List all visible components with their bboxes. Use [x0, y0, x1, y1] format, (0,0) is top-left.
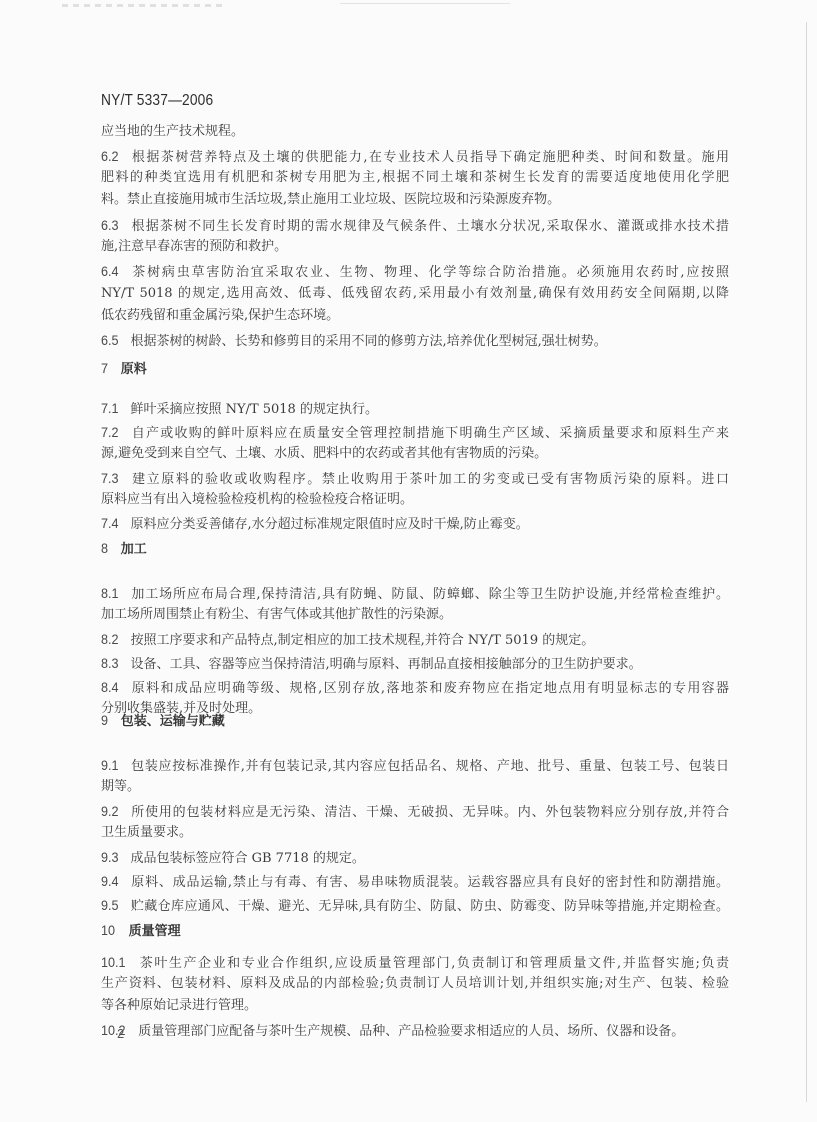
clause-number: 8.3 — [101, 655, 119, 671]
clause-line: 7.2自产或收购的鲜叶原料应在质量安全管理控制措施下明确生产区域、采摘质量要求和… — [101, 424, 729, 442]
section-number: 9 — [101, 712, 108, 728]
clause-text: 贮藏仓库应通风、干燥、避光、无异味,具有防尘、防鼠、防虫、防霉变、防异味等措施,… — [130, 899, 729, 914]
clause-number: 6.2 — [101, 148, 119, 164]
text-line: 应当地的生产技术规程。 — [101, 124, 244, 140]
clause-text: 加工场所周围禁止有粉尘、有害气体或其他扩散性的污染源。 — [101, 607, 452, 622]
clause-line: 9.1包装应按标准操作,并有包装记录,其内容应包括品名、规格、产地、批号、重量、… — [101, 757, 729, 775]
clause-line: 8.3设备、工具、容器等应当保持清洁,明确与原料、再制品直接相接触部分的卫生防护… — [101, 655, 642, 673]
clause-text: 施,注意早春冻害的预防和救护。 — [101, 239, 287, 254]
text-line: 期等。 — [101, 779, 140, 795]
clause-text: 设备、工具、容器等应当保持清洁,明确与原料、再制品直接相接触部分的卫生防护要求。 — [130, 657, 641, 672]
clause-number: 8.2 — [101, 631, 119, 647]
clause-line: 6.2根据茶树营养特点及土壤的供肥能力,在专业技术人员指导下确定施肥种类、时间和… — [101, 148, 729, 166]
clause-line: 10.2质量管理部门应配备与茶叶生产规模、品种、产品检验要求相适应的人员、场所、… — [101, 1022, 684, 1040]
page-edge-right — [806, 22, 807, 1102]
clause-number: 9.3 — [101, 849, 119, 865]
clause-number: 6.5 — [101, 332, 119, 348]
section-title: 原料 — [121, 362, 147, 377]
clause-number: 6.4 — [101, 263, 119, 279]
section-title: 质量管理 — [129, 924, 181, 939]
clause-number: 9.1 — [101, 757, 119, 773]
clause-text: 建立原料的验收或收购程序。禁止收购用于茶叶加工的劣变或已受有害物质污染的原料。进… — [130, 472, 729, 487]
clause-text: 卫生质量要求。 — [101, 825, 192, 840]
section-number: 10 — [101, 922, 115, 938]
clause-text: 按照工序要求和产品特点,制定相应的加工技术规程,并符合 NY/T 5019 的规… — [130, 633, 594, 648]
clause-text: 质量管理部门应配备与茶叶生产规模、品种、产品检验要求相适应的人员、场所、仪器和设… — [138, 1024, 684, 1039]
text-line: 施,注意早春冻害的预防和救护。 — [101, 239, 287, 255]
clause-text: 茶树病虫草害防治宜采取农业、生物、物理、化学等综合防治措施。必须施用农药时,应按… — [130, 265, 729, 280]
text-line: 料。禁止直接施用城市生活垃圾,禁止施用工业垃圾、医院垃圾和污染源废弃物。 — [101, 192, 560, 208]
clause-line: 6.4茶树病虫草害防治宜采取农业、生物、物理、化学等综合防治措施。必须施用农药时… — [101, 263, 729, 281]
text-line: 等各种原始记录进行管理。 — [101, 998, 257, 1014]
clause-line: 9.3成品包装标签应符合 GB 7718 的规定。 — [101, 849, 365, 867]
clause-text: 根据茶树营养特点及土壤的供肥能力,在专业技术人员指导下确定施肥种类、时间和数量。… — [130, 150, 729, 165]
clause-text: 原料、成品运输,禁止与有毒、有害、易串味物质混装。运载容器应具有良好的密封性和防… — [130, 875, 729, 890]
clause-line: 7.4原料应分类妥善储存,水分超过标准规定限值时应及时干燥,防止霉变。 — [101, 515, 529, 533]
clause-text: 原料应分类妥善储存,水分超过标准规定限值时应及时干燥,防止霉变。 — [130, 517, 528, 532]
section-heading: 10质量管理 — [101, 922, 181, 940]
clause-line: 7.3建立原料的验收或收购程序。禁止收购用于茶叶加工的劣变或已受有害物质污染的原… — [101, 470, 729, 488]
section-heading: 9包装、运输与贮藏 — [101, 712, 225, 730]
clause-text: 根据茶树的树龄、长势和修剪目的采用不同的修剪方法,培养优化型树冠,强壮树势。 — [130, 334, 606, 349]
text-line: 源,避免受到来自空气、土壤、水质、肥料中的农药或者其他有害物质的污染。 — [101, 446, 547, 462]
clause-text: 所使用的包装材料应是无污染、清洁、干燥、无破损、无异味。内、外包装物料应分别存放… — [130, 805, 729, 820]
clause-text: 料。禁止直接施用城市生活垃圾,禁止施用工业垃圾、医院垃圾和污染源废弃物。 — [101, 192, 560, 207]
text-line: 原料应当有出入境检验检疫机构的检验检疫合格证明。 — [101, 492, 413, 508]
clause-text: 应当地的生产技术规程。 — [101, 124, 244, 139]
text-line: 加工场所周围禁止有粉尘、有害气体或其他扩散性的污染源。 — [101, 607, 452, 623]
clause-number: 7.4 — [101, 515, 119, 531]
clause-number: 8.1 — [101, 585, 119, 601]
clause-line: 6.3根据茶树不同生长发育时期的需水规律及气候条件、土壤水分状况,采取保水、灌溉… — [101, 217, 729, 235]
clause-line: 8.1加工场所应布局合理,保持清洁,具有防蝇、防鼠、防蟑螂、除尘等卫生防护设施,… — [101, 585, 729, 603]
section-title: 加工 — [121, 542, 147, 557]
clause-text: 包装应按标准操作,并有包装记录,其内容应包括品名、规格、产地、批号、重量、包装工… — [130, 759, 729, 774]
clause-text: 肥料的种类宜选用有机肥和茶树专用肥为主,根据不同土壤和茶树生长发育的需要适度地使… — [101, 170, 729, 185]
clause-text: 源,避免受到来自空气、土壤、水质、肥料中的农药或者其他有害物质的污染。 — [101, 446, 547, 461]
clause-number: 8.4 — [101, 679, 119, 695]
clause-number: 9.2 — [101, 803, 119, 819]
clause-line: 6.5根据茶树的树龄、长势和修剪目的采用不同的修剪方法,培养优化型树冠,强壮树势… — [101, 332, 607, 350]
section-number: 8 — [101, 540, 108, 556]
clause-text: 根据茶树不同生长发育时期的需水规律及气候条件、土壤水分状况,采取保水、灌溉或排水… — [130, 219, 729, 234]
clause-text: 加工场所应布局合理,保持清洁,具有防蝇、防鼠、防蟑螂、除尘等卫生防护设施,并经常… — [130, 587, 729, 602]
section-heading: 7原料 — [101, 360, 147, 378]
document-id: NY/T 5337—2006 — [101, 92, 213, 110]
clause-number: 7.1 — [101, 400, 119, 416]
clause-text: 生产资料、包装材料、原料及成品的内部检验;负责制订人员培训计划,并组织实施;对生… — [101, 976, 729, 991]
clause-number: 7.3 — [101, 470, 119, 486]
clause-text: 原料应当有出入境检验检疫机构的检验检疫合格证明。 — [101, 492, 413, 507]
clause-line: 8.4原料和成品应明确等级、规格,区别存放,落地茶和废弃物应在指定地点用有明显标… — [101, 679, 729, 697]
page-edge-top — [340, 3, 510, 4]
clause-text: 成品包装标签应符合 GB 7718 的规定。 — [130, 851, 364, 866]
text-line: 生产资料、包装材料、原料及成品的内部检验;负责制订人员培训计划,并组织实施;对生… — [101, 976, 729, 992]
clause-text: 原料和成品应明确等级、规格,区别存放,落地茶和废弃物应在指定地点用有明显标志的专… — [130, 681, 729, 696]
clause-line: 7.1鲜叶采摘应按照 NY/T 5018 的规定执行。 — [101, 400, 378, 418]
clause-line: 10.1茶叶生产企业和专业合作组织,应设质量管理部门,负责制订和管理质量文件,并… — [101, 954, 729, 972]
clause-text: 茶叶生产企业和专业合作组织,应设质量管理部门,负责制订和管理质量文件,并监督实施… — [138, 956, 729, 971]
section-heading: 8加工 — [101, 540, 147, 558]
clause-number: 6.3 — [101, 217, 119, 233]
text-line: 肥料的种类宜选用有机肥和茶树专用肥为主,根据不同土壤和茶树生长发育的需要适度地使… — [101, 170, 729, 186]
text-line: 卫生质量要求。 — [101, 825, 192, 841]
page-number: 2 — [117, 1026, 124, 1041]
clause-line: 9.2所使用的包装材料应是无污染、清洁、干燥、无破损、无异味。内、外包装物料应分… — [101, 803, 729, 821]
clause-line: 9.4原料、成品运输,禁止与有毒、有害、易串味物质混装。运载容器应具有良好的密封… — [101, 873, 729, 891]
text-line: 低农药残留和重金属污染,保护生态环境。 — [101, 308, 339, 324]
clause-line: 8.2按照工序要求和产品特点,制定相应的加工技术规程,并符合 NY/T 5019… — [101, 631, 594, 649]
clause-number: 9.4 — [101, 873, 119, 889]
clause-text: 低农药残留和重金属污染,保护生态环境。 — [101, 308, 339, 323]
clause-number: 10.1 — [101, 954, 126, 970]
section-title: 包装、运输与贮藏 — [121, 714, 225, 729]
clause-line: 9.5贮藏仓库应通风、干燥、避光、无异味,具有防尘、防鼠、防虫、防霉变、防异味等… — [101, 897, 729, 915]
section-number: 7 — [101, 360, 108, 376]
clause-number: 9.5 — [101, 897, 119, 913]
clause-text: 等各种原始记录进行管理。 — [101, 998, 257, 1013]
clause-text: NY/T 5018 的规定,选用高效、低毒、低残留农药,采用最小有效剂量,确保有… — [101, 286, 729, 301]
text-line: NY/T 5018 的规定,选用高效、低毒、低残留农药,采用最小有效剂量,确保有… — [101, 286, 729, 302]
clause-number: 7.2 — [101, 424, 119, 440]
scan-header-artifact — [62, 4, 222, 7]
clause-text: 期等。 — [101, 779, 140, 794]
clause-text: 鲜叶采摘应按照 NY/T 5018 的规定执行。 — [130, 402, 378, 417]
clause-text: 自产或收购的鲜叶原料应在质量安全管理控制措施下明确生产区域、采摘质量要求和原料生… — [130, 426, 729, 441]
